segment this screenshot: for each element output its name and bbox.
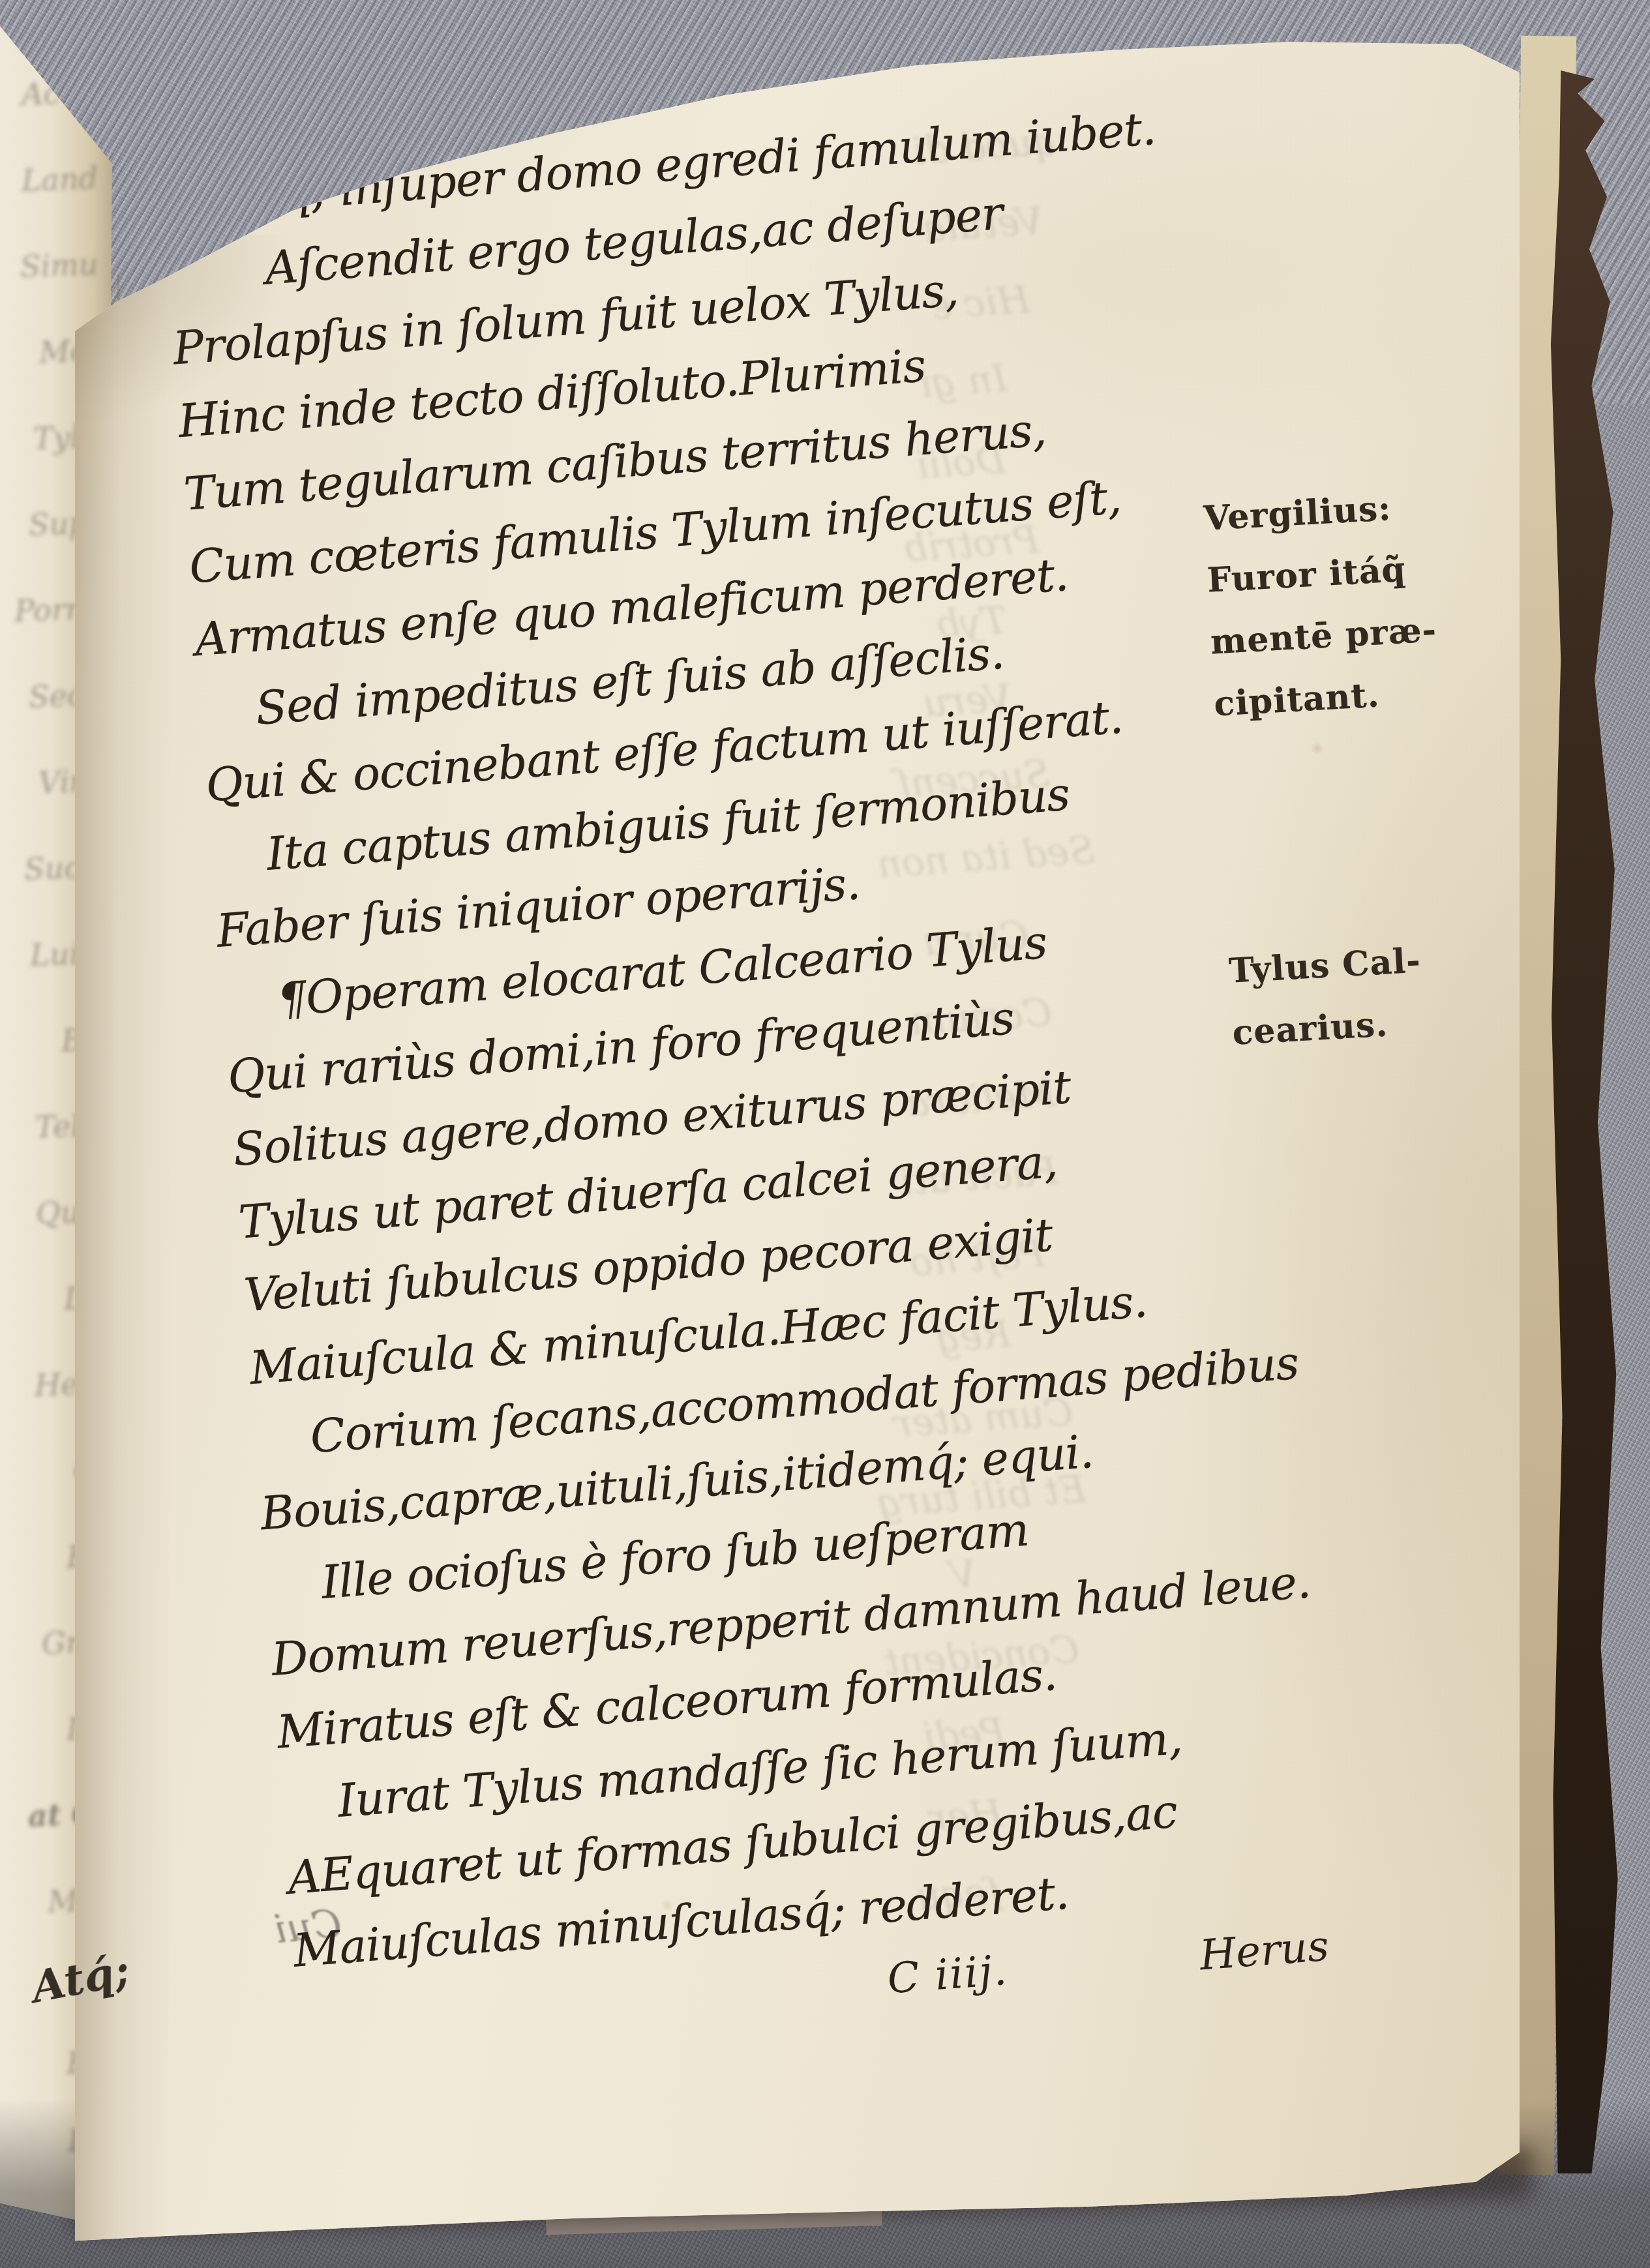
facing-text-fragment: Land <box>21 163 98 196</box>
margin-notes: Vergilius: Furor itáq̃ mentē præ- cipita… <box>1202 473 1508 1064</box>
margin-note-tylus-calcearius: Tylus Cal- cearius. <box>1227 925 1508 1064</box>
signature-mark: C iiij. <box>885 1934 1011 2016</box>
verse-text-block: Atq́; inſuper domo egredi famulum iubet.… <box>159 91 1316 2061</box>
facing-text-fragment: Simu <box>20 249 98 282</box>
margin-note-vergilius: Vergilius: Furor itáq̃ mentē præ- cipita… <box>1202 473 1490 736</box>
catchword: Herus <box>1197 1910 1331 1993</box>
photo-of-book-page: { "photo_subject": "early printed book p… <box>0 0 1650 2268</box>
book-page: quod di Vetula Hic e In gi Dolii Protrib… <box>75 0 1520 2268</box>
